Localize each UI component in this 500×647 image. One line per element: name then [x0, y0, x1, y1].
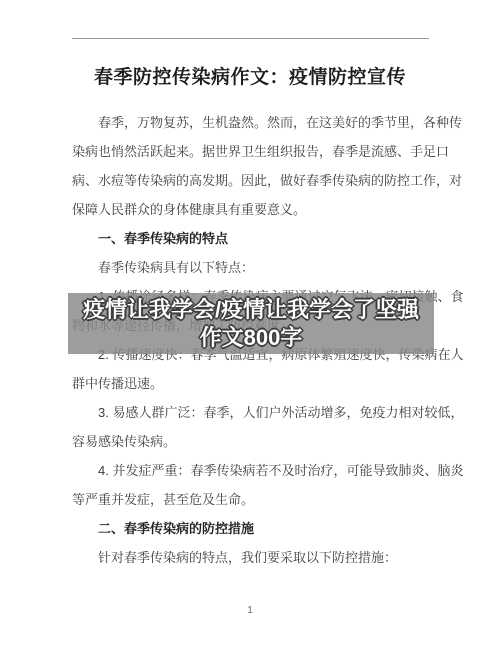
document-line: 春季，万物复苏，生机盎然。然而，在这美好的季节里，各种传: [72, 108, 434, 137]
document-line: 群中传播迅速。: [72, 369, 434, 398]
watermark-overlay-title: 疫情让我学会/疫情让我学会了坚强: [83, 296, 419, 324]
page-number: 1: [0, 605, 500, 616]
document-line: 4. 并发症严重：春季传染病若不及时治疗，可能导致肺炎、脑炎: [72, 456, 434, 485]
document-line: 染病也悄然活跃起来。据世界卫生组织报告，春季是流感、手足口: [72, 137, 434, 166]
document-line: 保障人民群众的身体健康具有重要意义。: [72, 195, 434, 224]
header-rule-divider: [72, 38, 429, 39]
document-line: 病、水痘等传染病的高发期。因此，做好春季传染病的防控工作，对: [72, 166, 434, 195]
section-heading-2: 二、春季传染病的防控措施: [72, 514, 434, 543]
document-line: 3. 易感人群广泛：春季，人们户外活动增多，免疫力相对较低，: [72, 398, 434, 427]
document-title: 春季防控传染病作文：疫情防控宣传: [0, 62, 500, 89]
document-line: 容易感染传染病。: [72, 427, 434, 456]
document-line: 针对春季传染病的特点，我们要采取以下防控措施：: [72, 543, 434, 572]
document-line: 等严重并发症，甚至危及生命。: [72, 485, 434, 514]
section-heading-1: 一、春季传染病的特点: [72, 224, 434, 253]
watermark-overlay-band: 疫情让我学会/疫情让我学会了坚强 作文800字: [68, 293, 434, 354]
watermark-overlay-subtitle: 作文800字: [200, 324, 303, 352]
document-line: 春季传染病具有以下特点：: [72, 253, 434, 282]
